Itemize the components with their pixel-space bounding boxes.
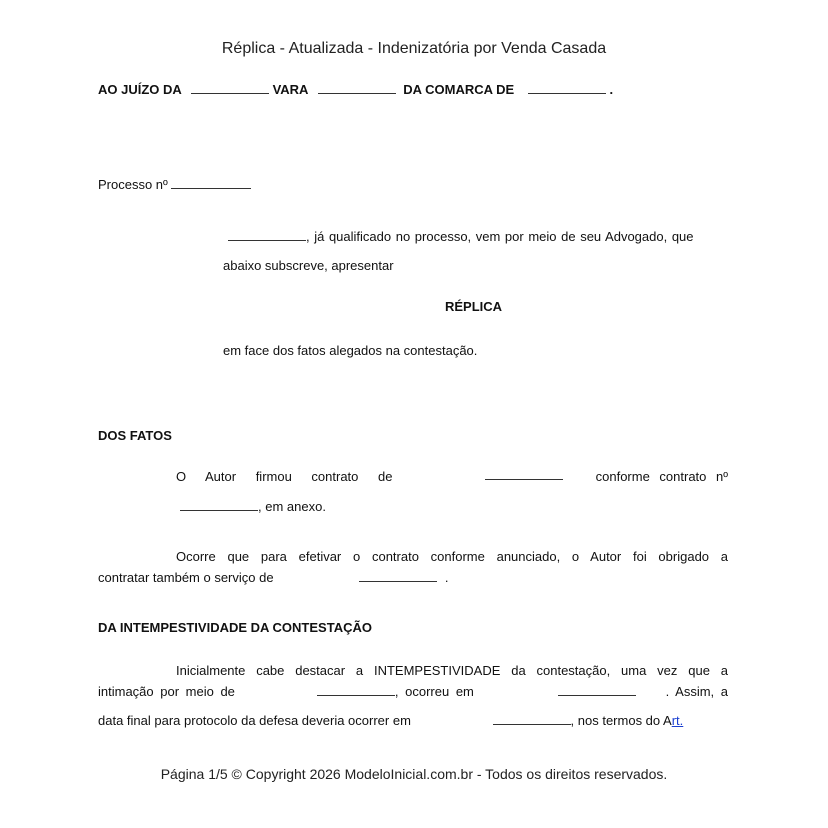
processo-label: Processo nº — [98, 177, 168, 192]
blank-field[interactable] — [317, 685, 395, 696]
blank-field[interactable] — [171, 178, 251, 189]
blank-field[interactable] — [191, 83, 269, 94]
article-link[interactable]: rt. — [672, 713, 684, 728]
document-title: Réplica - Atualizada - Indenizatória por… — [0, 40, 828, 58]
period: . — [445, 570, 449, 585]
intemp-text: , ocorreu em — [395, 684, 474, 699]
fatos-p1-line1: O Autor firmou contrato de conforme cont… — [176, 469, 728, 484]
fatos-p2-line2: contratar também o serviço de . — [98, 570, 448, 585]
intemp-line-2: intimação por meio de , ocorreu em . Ass… — [98, 684, 728, 699]
section-heading-fatos: DOS FATOS — [98, 428, 172, 443]
fatos-p2-line1: Ocorre que para efetivar o contrato conf… — [176, 549, 728, 564]
section-heading-intempestividade: DA INTEMPESTIVIDADE DA CONTESTAÇÃO — [98, 620, 372, 635]
blank-field[interactable] — [558, 685, 636, 696]
intro-line-1: , já qualificado no processo, vem por me… — [228, 229, 728, 244]
intro-line-2: abaixo subscreve, apresentar — [223, 258, 394, 273]
face-text: em face dos fatos alegados na contestaçã… — [223, 343, 477, 358]
fatos-text: O Autor firmou contrato de — [176, 469, 392, 484]
blank-field[interactable] — [485, 469, 563, 480]
blank-field[interactable] — [180, 500, 258, 511]
intemp-text: , nos termos do A — [571, 713, 672, 728]
fatos-p1-line2: , em anexo. — [180, 499, 326, 514]
fatos-text: contratar também o serviço de — [98, 570, 274, 585]
court-address-line: AO JUÍZO DA VARA DA COMARCA DE . — [98, 82, 613, 97]
page-footer: Página 1/5 © Copyright 2026 ModeloInicia… — [0, 766, 828, 782]
intemp-line-1: Inicialmente cabe destacar a INTEMPESTIV… — [176, 663, 728, 678]
processo-line: Processo nº — [98, 177, 251, 192]
period: . — [609, 82, 613, 97]
intemp-text: data final para protocolo da defesa deve… — [98, 713, 411, 728]
blank-field[interactable] — [528, 83, 606, 94]
intemp-line-3: data final para protocolo da defesa deve… — [98, 713, 683, 728]
comarca-label: DA COMARCA DE — [403, 82, 514, 97]
vara-label: VARA — [273, 82, 308, 97]
blank-field[interactable] — [228, 230, 306, 241]
blank-field[interactable] — [359, 571, 437, 582]
replica-heading: RÉPLICA — [445, 299, 502, 314]
fatos-text: , em anexo. — [258, 499, 326, 514]
fatos-text: conforme contrato nº — [596, 469, 728, 484]
blank-field[interactable] — [318, 83, 396, 94]
intemp-text: . Assim, a — [666, 684, 728, 699]
blank-field[interactable] — [493, 714, 571, 725]
intro-text: , já qualificado no processo, vem por me… — [306, 229, 694, 244]
intemp-text: intimação por meio de — [98, 684, 235, 699]
court-label: AO JUÍZO DA — [98, 82, 181, 97]
